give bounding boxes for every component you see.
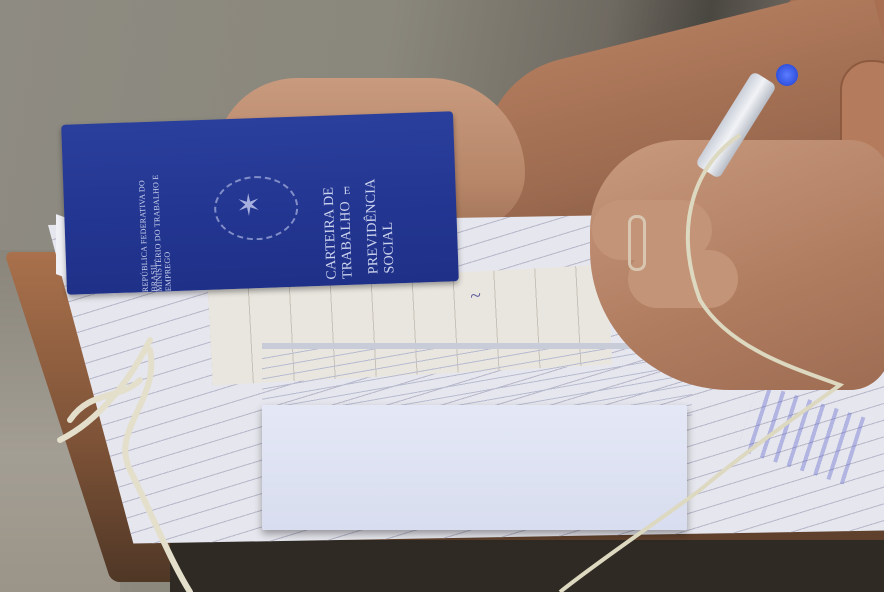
- pen-string: [0, 0, 884, 592]
